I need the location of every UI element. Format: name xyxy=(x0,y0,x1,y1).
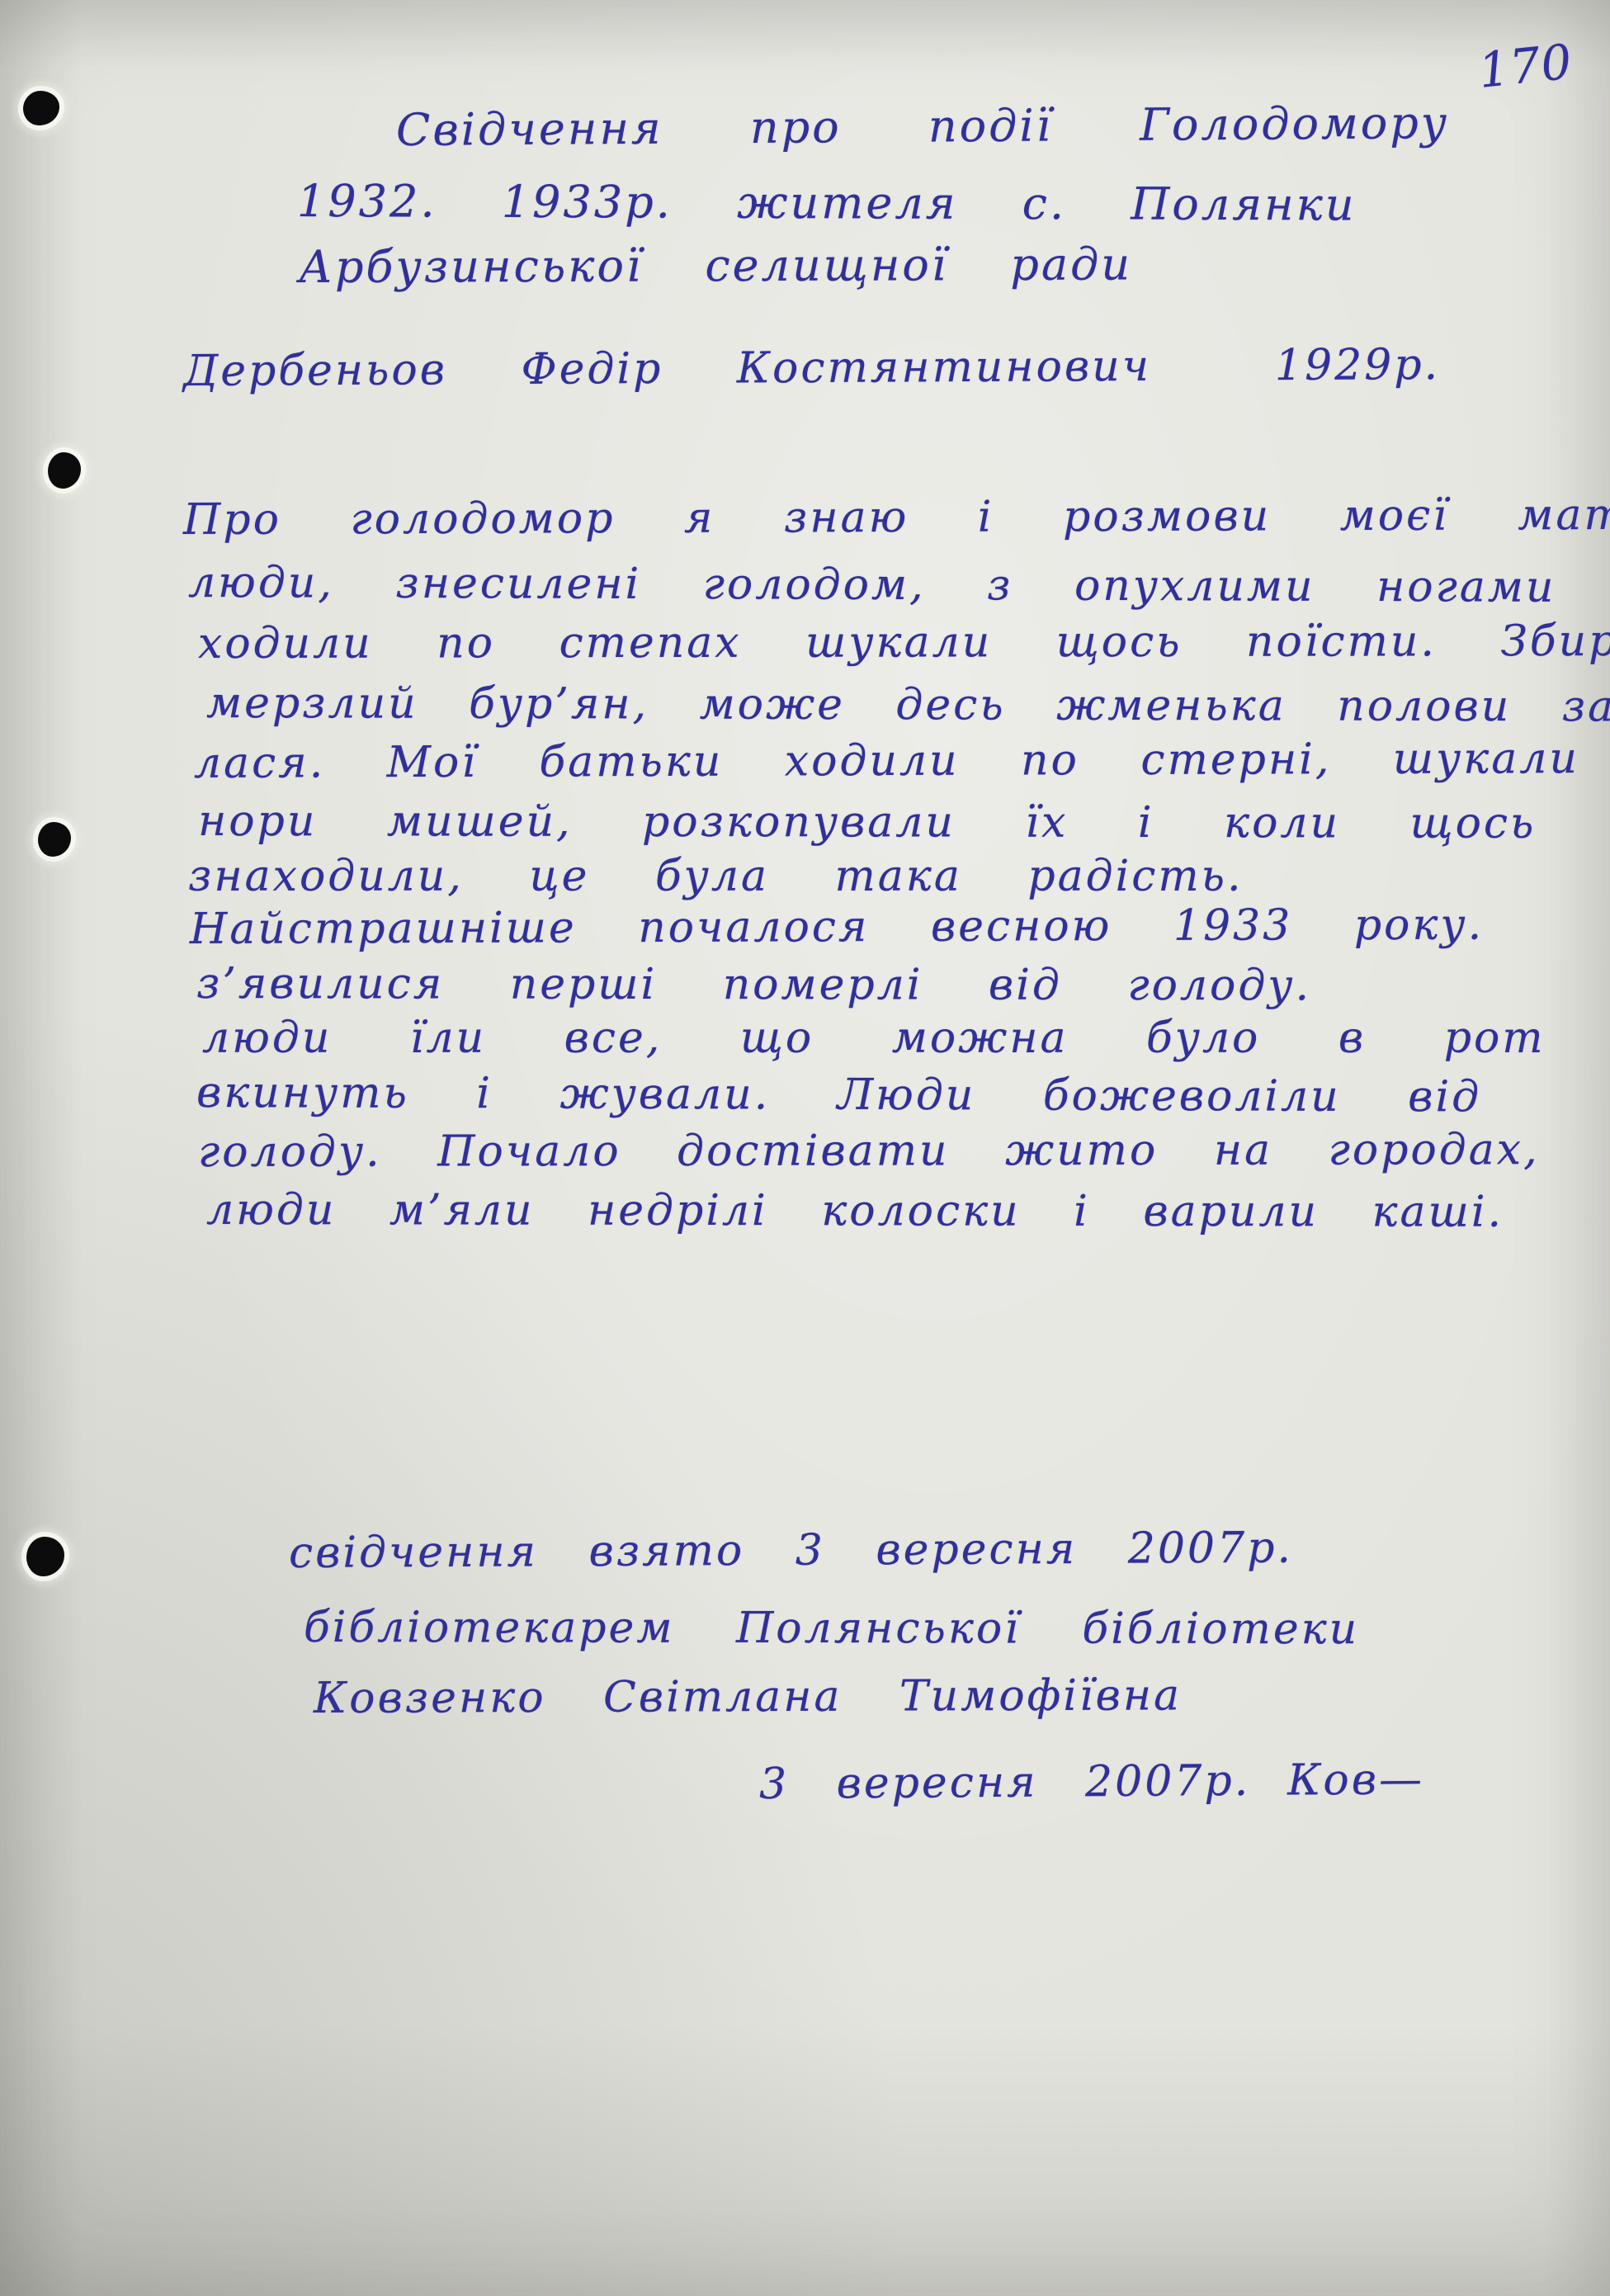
testimony-line: голоду. Почало достівати жито на городах… xyxy=(198,1125,1540,1177)
document-page: 170 Свідчення про події Голодомору 1932.… xyxy=(0,0,1610,2296)
testimony-line: люди, знесилені голодом, з опухлими нога… xyxy=(188,558,1556,612)
title-line-2: 1932. 1933р. жителя с. Полянки xyxy=(297,175,1357,230)
testimony-line: нори мишей, розкопували їх і коли щось xyxy=(198,796,1536,848)
signature-line: 3 вересня 2007р.Ков— xyxy=(759,1755,1424,1809)
punch-hole xyxy=(23,91,59,125)
testimony-line: Найстрашніше почалося весною 1933 року. xyxy=(190,900,1484,954)
attestation-line-3: Ковзенко Світлана Тимофіївна xyxy=(314,1670,1182,1723)
testimony-line: ходили по степах шукали щось поїсти. Зби… xyxy=(198,617,1610,668)
attestation-line-1: свідчення взято 3 вересня 2007р. xyxy=(289,1524,1293,1578)
witness-birth-year: 1929р. xyxy=(1275,340,1440,390)
title-line-3: Арбузинської селищної ради xyxy=(299,238,1132,293)
witness-line: Дербеньов Федір Костянтинович1929р. xyxy=(183,340,1440,396)
page-number: 170 xyxy=(1475,33,1575,99)
signature-date: 3 вересня 2007р. xyxy=(759,1756,1251,1809)
testimony-line: знаходили, це була така радість. xyxy=(188,852,1244,901)
testimony-line: люди м’яли недрілі колоски і варили каші… xyxy=(206,1185,1504,1237)
punch-hole xyxy=(48,452,81,489)
title-line-1: Свідчення про події Голодомору xyxy=(396,97,1450,156)
testimony-line: лася. Мої батьки ходили по стерні, шукал… xyxy=(194,734,1579,788)
testimony-line: з’явилися перші померлі від голоду. xyxy=(196,959,1311,1010)
punch-hole xyxy=(38,822,71,857)
testimony-line: люди їли все, що можна було в рот xyxy=(202,1013,1546,1063)
testimony-line: мерзлий бур’ян, може десь жменька полови… xyxy=(206,678,1610,732)
witness-name: Дербеньов Федір Костянтинович xyxy=(183,342,1151,396)
testimony-line: Про голодомор я знаю і розмови моєї мате… xyxy=(183,490,1610,545)
testimony-line: вкинуть і жували. Люди божеволіли від xyxy=(196,1068,1481,1122)
signature-initials: Ков— xyxy=(1287,1755,1424,1805)
punch-hole xyxy=(26,1537,64,1576)
attestation-line-2: бібліотекарем Полянської бібліотеки xyxy=(304,1603,1359,1654)
